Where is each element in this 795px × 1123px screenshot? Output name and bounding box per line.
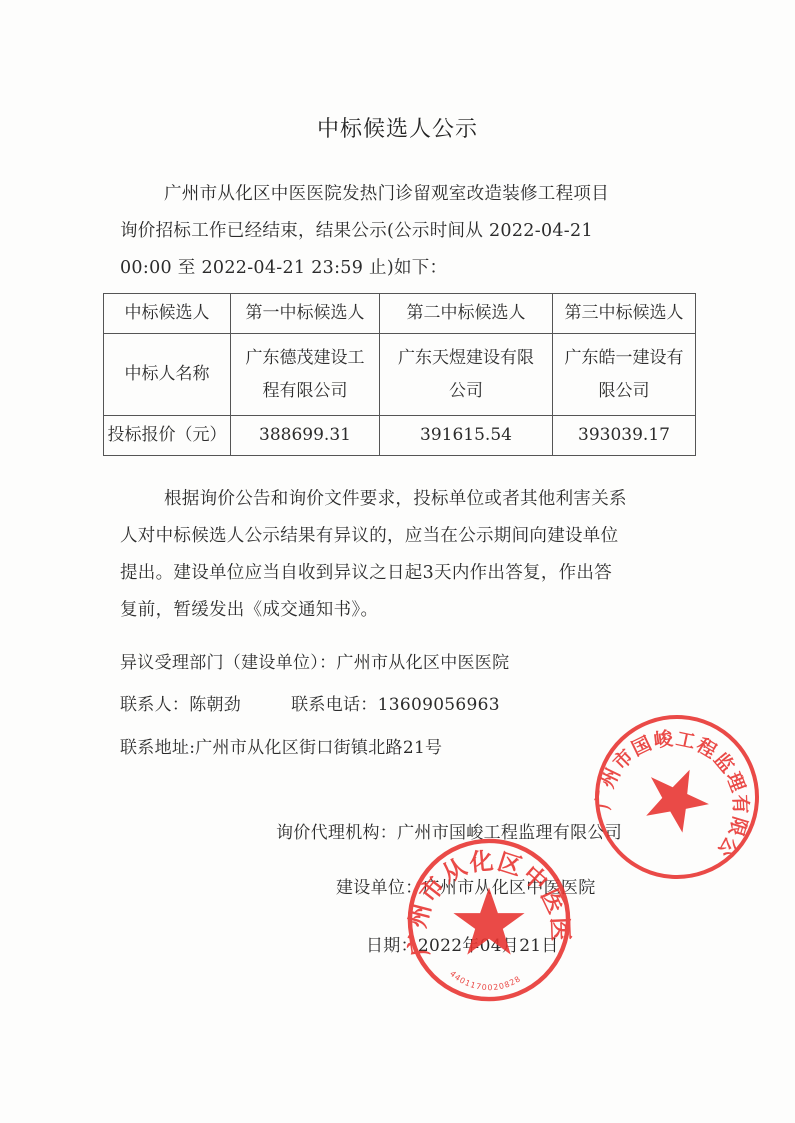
results-table: 中标候选人 第一中标候选人 第二中标候选人 第三中标候选人 中标人名称 广东德茂… — [103, 293, 696, 456]
objection-line: 人对中标候选人公示结果有异议的，应当在公示期间向建设单位 — [120, 518, 690, 555]
price-cell: 391615.54 — [380, 416, 553, 456]
svg-text:4401170020828: 4401170020828 — [448, 969, 523, 992]
owner-stamp-code: 4401170020828 — [448, 969, 523, 992]
document-title: 中标候选人公示 — [0, 112, 795, 143]
company-name-cell: 广东德茂建设工 程有限公司 — [231, 334, 380, 416]
company-name-line: 广东皓一建设有 — [553, 342, 695, 375]
document-page: 中标候选人公示 广州市从化区中医医院发热门诊留观室改造装修工程项目 询价招标工作… — [0, 0, 795, 1123]
company-name-line: 程有限公司 — [231, 375, 379, 408]
price-cell: 388699.31 — [231, 416, 380, 456]
objection-department: 异议受理部门（建设单位）：广州市从化区中医医院 — [120, 648, 509, 673]
company-name-line: 广东德茂建设工 — [231, 342, 379, 375]
header-cell: 第二中标候选人 — [380, 294, 553, 334]
objection-paragraph: 根据询价公告和询价文件要求，投标单位或者其他利害关系 人对中标候选人公示结果有异… — [120, 481, 690, 629]
table-header-row: 中标候选人 第一中标候选人 第二中标候选人 第三中标候选人 — [104, 294, 696, 334]
intro-line: 询价招标工作已经结束，结果公示(公示时间从 2022-04-21 — [120, 213, 690, 250]
table-row-prices: 投标报价（元） 388699.31 391615.54 393039.17 — [104, 416, 696, 456]
objection-line: 复前，暂缓发出《成交通知书》。 — [120, 592, 690, 629]
contact-phone: 联系电话：13609056963 — [291, 695, 500, 715]
company-name-line: 公司 — [380, 375, 552, 408]
header-cell: 第一中标候选人 — [231, 294, 380, 334]
table-row-names: 中标人名称 广东德茂建设工 程有限公司 广东天煜建设有限 公司 广东皓一建设有 … — [104, 334, 696, 416]
header-cell: 第三中标候选人 — [553, 294, 696, 334]
row-label: 中标人名称 — [104, 334, 231, 416]
contact-info: 联系人：陈朝劲联系电话：13609056963 — [120, 690, 500, 715]
company-name-cell: 广东皓一建设有 限公司 — [553, 334, 696, 416]
intro-paragraph: 广州市从化区中医医院发热门诊留观室改造装修工程项目 询价招标工作已经结束，结果公… — [120, 176, 690, 287]
contact-address: 联系地址:广州市从化区街口街镇北路21号 — [120, 733, 442, 758]
row-label: 投标报价（元） — [104, 416, 231, 456]
contact-person: 联系人：陈朝劲 — [120, 695, 241, 715]
objection-line: 根据询价公告和询价文件要求，投标单位或者其他利害关系 — [120, 481, 690, 518]
intro-line: 00:00 至 2022-04-21 23:59 止)如下： — [120, 250, 690, 287]
company-name-line: 限公司 — [553, 375, 695, 408]
header-cell: 中标候选人 — [104, 294, 231, 334]
owner-seal-stamp-icon: 广州市从化区中医医院 4401170020828 — [405, 836, 573, 1004]
objection-line: 提出。建设单位应当自收到异议之日起3天内作出答复，作出答 — [120, 555, 690, 592]
agency-seal-stamp-icon: 广州市国峻工程监理有限公司 — [592, 712, 762, 882]
company-name-cell: 广东天煜建设有限 公司 — [380, 334, 553, 416]
company-name-line: 广东天煜建设有限 — [380, 342, 552, 375]
intro-line: 广州市从化区中医医院发热门诊留观室改造装修工程项目 — [120, 176, 690, 213]
price-cell: 393039.17 — [553, 416, 696, 456]
